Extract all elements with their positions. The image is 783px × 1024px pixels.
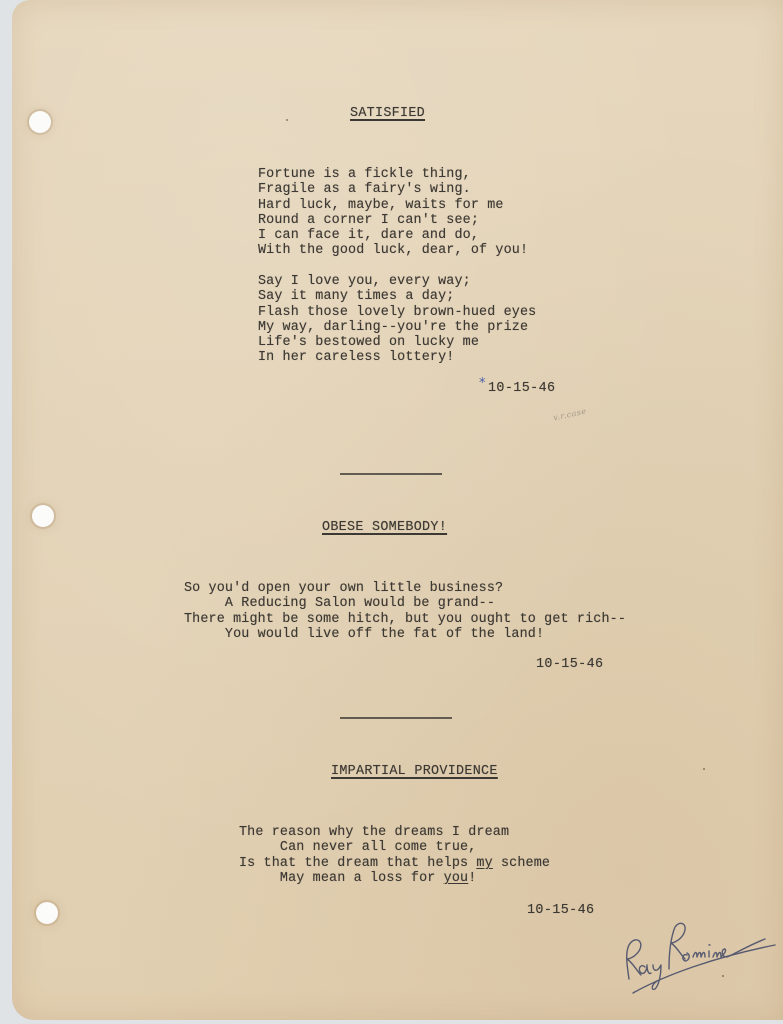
hole-punch-top (29, 111, 51, 133)
poem-satisfied-stanza-1: Fortune is a fickle thing, Fragile as a … (258, 167, 528, 259)
section-divider (340, 717, 452, 719)
poem-text: Is that the dream that helps (239, 856, 476, 871)
paper-speck (286, 119, 288, 121)
section-divider (340, 473, 442, 475)
blue-ink-mark: * (479, 376, 486, 391)
poem-line: Can never all come true, (239, 840, 550, 855)
poem-line: Is that the dream that helps my scheme (239, 856, 550, 871)
poem-line: There might be some hitch, but you ought… (184, 612, 626, 627)
poem-obese-somebody-date: 10-15-46 (536, 657, 604, 672)
poem-obese-somebody-body: So you'd open your own little business? … (184, 581, 626, 642)
poem-line: You would live off the fat of the land! (184, 627, 626, 642)
poem-text: ! (468, 871, 476, 886)
poem-line: So you'd open your own little business? (184, 581, 626, 596)
hole-punch-bottom (36, 902, 58, 924)
poem-text: May mean a loss for (239, 871, 444, 886)
poem-text: scheme (493, 856, 550, 871)
handwritten-signature: Ray Romine (615, 905, 783, 1005)
poem-satisfied-date: 10-15-46 (488, 381, 556, 396)
poem-title-obese-somebody: OBESE SOMEBODY! (322, 520, 447, 535)
poem-title-satisfied: SATISFIED (350, 106, 425, 121)
hole-punch-middle (32, 505, 54, 527)
poem-title-impartial-providence: IMPARTIAL PROVIDENCE (331, 764, 498, 779)
poem-line: A Reducing Salon would be grand-- (184, 596, 626, 611)
poem-impartial-providence-date: 10-15-46 (527, 903, 595, 918)
poem-satisfied-stanza-2: Say I love you, every way; Say it many t… (258, 274, 536, 366)
poem-impartial-providence-body: The reason why the dreams I dream Can ne… (239, 825, 550, 886)
poem-line: The reason why the dreams I dream (239, 825, 550, 840)
poem-line: May mean a loss for you! (239, 871, 550, 886)
paper-speck (703, 768, 705, 770)
underlined-word: my (476, 856, 492, 871)
underlined-word: you (444, 871, 469, 886)
